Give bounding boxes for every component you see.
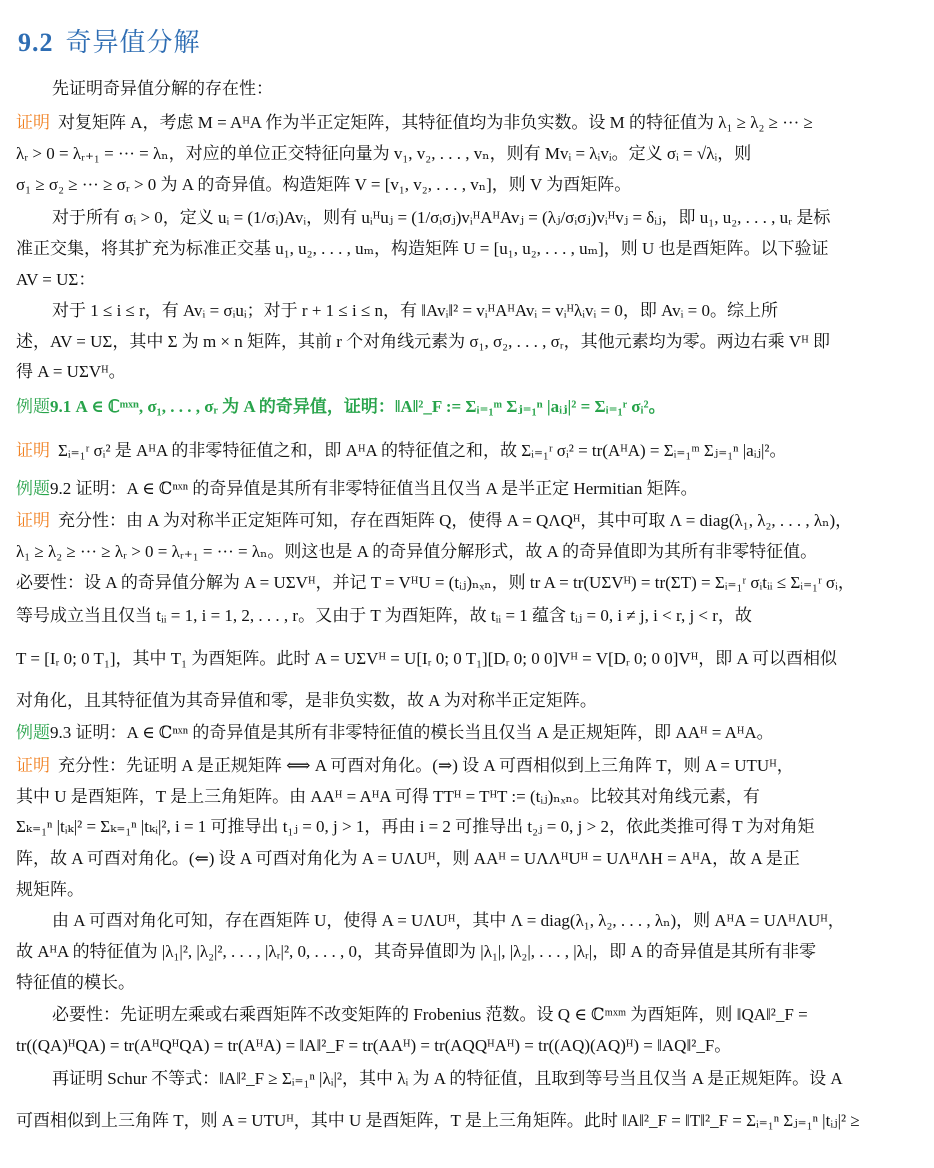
paragraph-line: 必要性：设 A 的奇异值分解为 A = UΣVᴴ，并记 T = VᴴU = (t… [16, 572, 918, 594]
section-number: 9.2 [18, 28, 54, 57]
paragraph-line: 故 AᴴA 的特征值为 |λ₁|², |λ₂|², . . . , |λᵣ|²,… [16, 941, 918, 963]
paragraph-line: 对于所有 σᵢ > 0，定义 uᵢ = (1/σᵢ)Avᵢ，则有 uᵢᴴuⱼ =… [16, 207, 918, 229]
paragraph-line: 阵，故 A 可酉对角化。(⇐) 设 A 可酉对角化为 A = UΛUᴴ，则 AA… [16, 848, 918, 870]
paragraph-line: 必要性：先证明左乘或右乘酉矩阵不改变矩阵的 Frobenius 范数。设 Q ∈… [16, 1004, 918, 1026]
example-line: 例题9.2 证明：A ∈ ℂⁿˣⁿ 的奇异值是其所有非零特征值当且仅当 A 是半… [16, 478, 918, 500]
paragraph-line: 述，AV = UΣ，其中 Σ 为 m × n 矩阵，其前 r 个对角线元素为 σ… [16, 331, 918, 353]
paragraph-line: Σₖ₌₁ⁿ |tᵢₖ|² = Σₖ₌₁ⁿ |tₖᵢ|², i = 1 可推导出 … [16, 816, 918, 838]
section-heading: 奇异值分解 [66, 28, 201, 57]
paragraph-line: AV = UΣ： [16, 269, 918, 291]
proof-label: 证明 [16, 756, 50, 775]
paragraph-line: 先证明奇异值分解的存在性： [16, 78, 918, 100]
proof-line: 证明充分性：由 A 为对称半正定矩阵可知，存在酉矩阵 Q，使得 A = QΛQᴴ… [16, 510, 918, 532]
proof-line: 证明对复矩阵 A，考虑 M = AᴴA 作为半正定矩阵，其特征值均为非负实数。设… [16, 112, 918, 134]
paragraph-line: 对角化，且其特征值为其奇异值和零，是非负实数，故 A 为对称半正定矩阵。 [16, 690, 918, 712]
paragraph-line: σ₁ ≥ σ₂ ≥ ··· ≥ σᵣ > 0 为 A 的奇异值。构造矩阵 V =… [16, 174, 918, 196]
paragraph-line: λᵣ > 0 = λᵣ₊₁ = ··· = λₙ，对应的单位正交特征向量为 v₁… [16, 143, 918, 165]
example-line: 例题9.3 证明：A ∈ ℂⁿˣⁿ 的奇异值是其所有非零特征值的模长当且仅当 A… [16, 722, 918, 744]
proof-label: 证明 [16, 441, 50, 460]
proof-label: 证明 [16, 113, 50, 132]
paragraph-line: tr((QA)ᴴQA) = tr(AᴴQᴴQA) = tr(AᴴA) = ‖A‖… [16, 1035, 918, 1057]
paragraph-line: 规矩阵。 [16, 879, 918, 901]
section-title: 9.2奇异值分解 [18, 22, 201, 59]
paragraph-line: λ₁ ≥ λ₂ ≥ ··· ≥ λᵣ > 0 = λᵣ₊₁ = ··· = λₙ… [16, 541, 918, 563]
document-page: 9.2奇异值分解 先证明奇异值分解的存在性： 证明对复矩阵 A，考虑 M = A… [0, 0, 934, 1168]
matrix-line: T = [Iᵣ 0; 0 T₁]，其中 T₁ 为酉矩阵。此时 A = UΣVᴴ … [16, 648, 918, 670]
example-label: 例题 [16, 397, 50, 416]
proof-line: 证明Σᵢ₌₁ʳ σᵢ² 是 AᴴA 的非零特征值之和，即 AᴴA 的特征值之和，… [16, 440, 918, 462]
proof-line: 证明充分性：先证明 A 是正规矩阵 ⟺ A 可酉对角化。(⇒) 设 A 可酉相似… [16, 755, 918, 777]
paragraph-line: 等号成立当且仅当 tᵢᵢ = 1, i = 1, 2, . . . , r。又由… [16, 605, 918, 627]
proof-label: 证明 [16, 511, 50, 530]
paragraph-line: 准正交集，将其扩充为标准正交基 u₁, u₂, . . . , uₘ，构造矩阵 … [16, 238, 918, 260]
paragraph-line: 可酉相似到上三角阵 T，则 A = UTUᴴ，其中 U 是酉矩阵，T 是上三角矩… [16, 1110, 918, 1132]
paragraph-line: 再证明 Schur 不等式：‖A‖²_F ≥ Σᵢ₌₁ⁿ |λᵢ|²，其中 λᵢ… [16, 1068, 918, 1090]
example-label: 例题 [16, 723, 50, 742]
paragraph-line: 由 A 可酉对角化可知，存在酉矩阵 U，使得 A = UΛUᴴ，其中 Λ = d… [16, 910, 918, 932]
example-line: 例题9.1 A ∈ ℂᵐˣⁿ, σ₁, . . . , σᵣ 为 A 的奇异值，… [16, 396, 918, 418]
example-label: 例题 [16, 479, 50, 498]
paragraph-line: 得 A = UΣVᴴ。 [16, 361, 918, 383]
paragraph-line: 其中 U 是酉矩阵，T 是上三角矩阵。由 AAᴴ = AᴴA 可得 TTᴴ = … [16, 786, 918, 808]
paragraph-line: 对于 1 ≤ i ≤ r，有 Avᵢ = σᵢuᵢ；对于 r + 1 ≤ i ≤… [16, 300, 918, 322]
paragraph-line: 特征值的模长。 [16, 972, 918, 994]
